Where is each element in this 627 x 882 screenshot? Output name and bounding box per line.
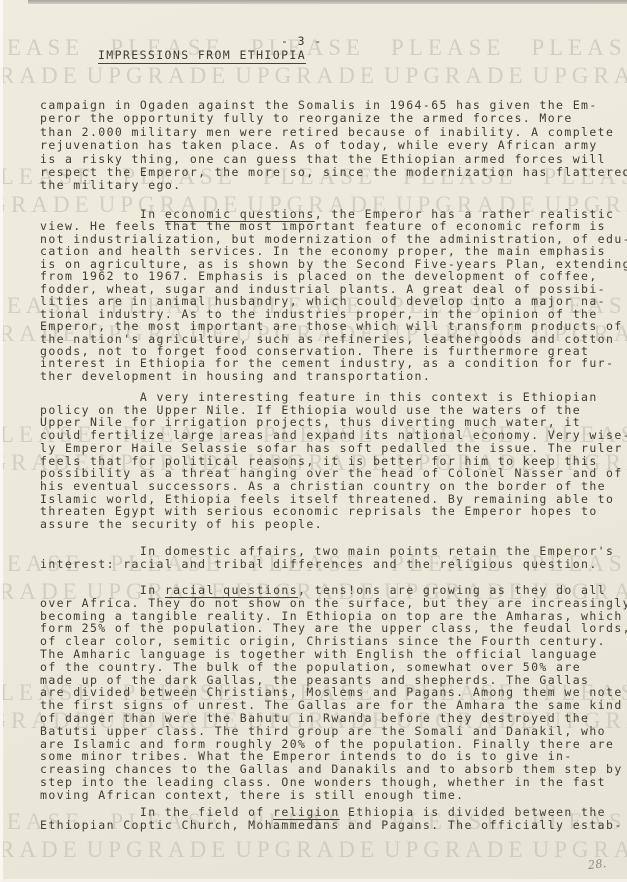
text-line: step into the leading class. One wonders… [40, 776, 627, 789]
text-line: is a risky thing, one can guess that the… [40, 153, 627, 166]
underlined-phrase: racial questions [165, 583, 298, 597]
text-line: cation and health services. In the econo… [40, 245, 627, 257]
text-line: peror the opportunity fully to reorganiz… [40, 112, 627, 125]
page-number: - 3 - [281, 34, 323, 48]
scanned-document-page: PLEASEPLEASEPLEASEPLEASEPLEASEPLEASEUPGR… [0, 0, 627, 882]
text-line: A very interesting feature in this conte… [40, 391, 627, 404]
text-line: of danger than were the Bahutu in Rwanda… [40, 712, 627, 725]
document-header: IMPRESSIONS FROM ETHIOPIA [48, 34, 306, 76]
text-line: rejuvenation has taken place. As of toda… [40, 139, 627, 152]
text-line: could fertilize large areas and expand i… [40, 429, 627, 442]
text-line: Emperor, the most important are those wh… [40, 320, 627, 332]
text-line: ther development in housing and transpor… [40, 370, 627, 382]
document-body: IMPRESSIONS FROM ETHIOPIA - 3 - campaign… [0, 0, 627, 882]
text-line: respect the Emperor, the more so, since … [40, 166, 627, 179]
paragraph: A very interesting feature in this conte… [40, 391, 627, 531]
text-line: the military ego. [40, 179, 627, 192]
text-line: interest: racial and tribal differences … [40, 558, 614, 571]
text-line: from 1962 to 1967. Emphasis is placed on… [40, 270, 627, 282]
text-line: Batutsi upper class. The third group are… [40, 725, 627, 738]
paragraph: In racial questions, tens!ons are growin… [40, 584, 627, 802]
text-line: assure the security of his people. [40, 518, 627, 531]
text-line: than 2.000 military men were retired bec… [40, 126, 627, 139]
text-line: of the country. The bulk of the populati… [40, 661, 627, 674]
page-title: IMPRESSIONS FROM ETHIOPIA [98, 48, 306, 64]
handwritten-page-mark: 28. [587, 855, 608, 873]
text-line: moving African context, there is still e… [40, 789, 627, 802]
text-line: over Africa. They do not show on the sur… [40, 597, 627, 610]
paragraph: In the field of religion Ethiopia is div… [40, 806, 623, 832]
text-line: campaign in Ogaden against the Somalis i… [40, 99, 627, 112]
text-line: In racial questions, tens!ons are growin… [40, 584, 627, 597]
text-line: lities are in animal husbandry, which co… [40, 295, 627, 307]
paragraph: In economic questions, the Emperor has a… [40, 208, 627, 382]
text-line: Ethiopian Coptic Church, Mohammedans and… [40, 819, 623, 832]
paragraph: In domestic affairs, two main points ret… [40, 545, 614, 571]
text-line: ly Emperor Haile Selassie sofar has soft… [40, 442, 627, 455]
paragraph: campaign in Ogaden against the Somalis i… [40, 99, 627, 193]
underlined-phrase: religion [273, 805, 340, 819]
text-line: his eventual successors. As a christian … [40, 480, 627, 493]
text-line: The Amharic language is together with En… [40, 648, 627, 661]
